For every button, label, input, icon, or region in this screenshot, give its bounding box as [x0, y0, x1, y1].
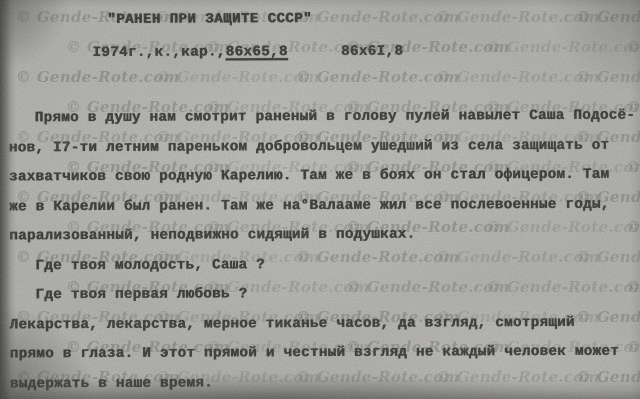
- text-line: Где твоя первая любовь ?: [9, 279, 637, 311]
- text-line: Прямо в душу нам смотрит раненый в голов…: [9, 102, 637, 134]
- document-body: Прямо в душу нам смотрит раненый в голов…: [9, 102, 638, 399]
- text-line: выдержать в наше время.: [10, 367, 638, 399]
- info-dimensions-underlined: 86х65,8: [226, 44, 288, 60]
- info-prefix: I974г.,к.,кар.,: [92, 44, 225, 61]
- info-gap: [288, 44, 341, 60]
- document-text: "РАНЕН ПРИ ЗАЩИТЕ СССР" I974г.,к.,кар.,8…: [0, 0, 640, 399]
- text-line: же в Карелии был ранен. Там же на°Валаам…: [9, 190, 637, 222]
- text-line: Лекарства, лекарства, мерное тиканье час…: [9, 308, 637, 340]
- document-title: "РАНЕН ПРИ ЗАЩИТЕ СССР": [107, 11, 312, 28]
- text-line: парализованный, неподвижно сидящий в под…: [9, 220, 637, 252]
- scanned-document-page: © Gende-Rote.com© Gende-Rote.com© Gende-…: [0, 0, 640, 399]
- text-line: захватчиков свою родную Карелию. Там же …: [9, 161, 637, 193]
- text-line: прямо в глаза. И этот прямой и честный в…: [10, 338, 638, 370]
- photo-info-line: I974г.,к.,кар.,86х65,8 86х6I,8: [92, 44, 403, 61]
- info-dimensions-second: 86х6I,8: [341, 44, 403, 60]
- text-line: нов, I7-ти летним пареньком добровольцем…: [9, 131, 637, 163]
- text-line: Где твоя молодость, Саша ?: [9, 249, 637, 281]
